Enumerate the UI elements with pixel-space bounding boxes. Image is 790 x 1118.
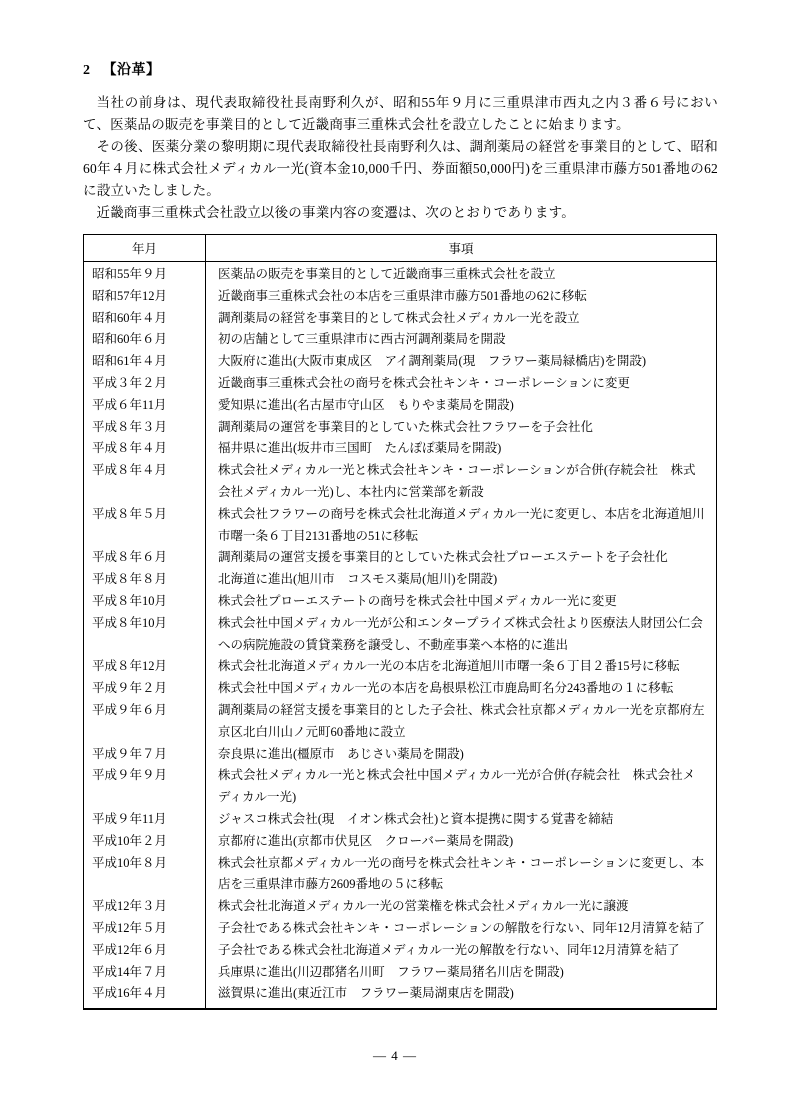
table-row: 平成12年３月株式会社北海道メディカル一光の営業権を株式会社メディカル一光に譲渡 [84, 896, 717, 918]
row-date: 平成８年８月 [84, 569, 206, 591]
row-date: 平成８年10月 [84, 591, 206, 613]
row-item: 株式会社北海道メディカル一光の本店を北海道旭川市曙一条６丁目２番15号に移転 [206, 656, 717, 678]
row-item: 株式会社中国メディカル一光が公和エンタープライズ株式会社より医療法人財団公仁会へ… [206, 613, 717, 657]
table-row: 平成９年11月ジャスコ株式会社(現 イオン株式会社)と資本提携に関する覚書を締結 [84, 809, 717, 831]
row-item: 大阪府に進出(大阪市東成区 アイ調剤薬局(現 フラワー薬局緑橋店)を開設) [206, 351, 717, 373]
row-item: 株式会社北海道メディカル一光の営業権を株式会社メディカル一光に譲渡 [206, 896, 717, 918]
row-date: 平成９年９月 [84, 765, 206, 809]
page-number: ― 4 ― [373, 1048, 417, 1063]
row-item: 京都府に進出(京都市伏見区 クローバー薬局を開設) [206, 831, 717, 853]
row-date: 昭和60年４月 [84, 308, 206, 330]
row-item: 子会社である株式会社キンキ・コーポレーションの解散を行ない、同年12月清算を結了 [206, 918, 717, 940]
row-item: 近畿商事三重株式会社の本店を三重県津市藤方501番地の62に移転 [206, 286, 717, 308]
table-row: 平成９年２月株式会社中国メディカル一光の本店を島根県松江市鹿島町名分243番地の… [84, 678, 717, 700]
table-row: 平成16年４月滋賀県に進出(東近江市 フラワー薬局湖東店を開設) [84, 983, 717, 1009]
row-item: 北海道に進出(旭川市 コスモス薬局(旭川)を開設) [206, 569, 717, 591]
header-row: 年月 事項 [84, 235, 717, 262]
table-row: 平成９年７月奈良県に進出(橿原市 あじさい薬局を開設) [84, 744, 717, 766]
table-row: 平成８年４月株式会社メディカル一光と株式会社キンキ・コーポレーションが合併(存続… [84, 460, 717, 504]
table-row: 昭和60年６月初の店舗として三重県津市に西古河調剤薬局を開設 [84, 329, 717, 351]
row-date: 昭和61年４月 [84, 351, 206, 373]
row-item: 調剤薬局の運営を事業目的としていた株式会社フラワーを子会社化 [206, 417, 717, 439]
row-item: 近畿商事三重株式会社の商号を株式会社キンキ・コーポレーションに変更 [206, 373, 717, 395]
table-row: 平成３年２月近畿商事三重株式会社の商号を株式会社キンキ・コーポレーションに変更 [84, 373, 717, 395]
section-number: 2 [83, 63, 91, 78]
row-date: 昭和55年９月 [84, 262, 206, 286]
row-item: 福井県に進出(坂井市三国町 たんぽぽ薬局を開設) [206, 438, 717, 460]
table-row: 昭和57年12月近畿商事三重株式会社の本店を三重県津市藤方501番地の62に移転 [84, 286, 717, 308]
history-table-body: 昭和55年９月医薬品の販売を事業目的として近畿商事三重株式会社を設立昭和57年1… [84, 262, 717, 1010]
row-item: 調剤薬局の経営を事業目的として株式会社メディカル一光を設立 [206, 308, 717, 330]
row-date: 平成９年２月 [84, 678, 206, 700]
row-date: 平成９年７月 [84, 744, 206, 766]
table-row: 平成８年10月株式会社中国メディカル一光が公和エンタープライズ株式会社より医療法… [84, 613, 717, 657]
table-row: 平成９年９月株式会社メディカル一光と株式会社中国メディカル一光が合併(存続会社 … [84, 765, 717, 809]
document-page: 2【沿革】 当社の前身は、現代表取締役社長南野利久が、昭和55年９月に三重県津市… [83, 60, 718, 1010]
table-row: 平成12年６月子会社である株式会社北海道メディカル一光の解散を行ない、同年12月… [84, 940, 717, 962]
row-item: 株式会社京都メディカル一光の商号を株式会社キンキ・コーポレーションに変更し、本店… [206, 853, 717, 897]
history-table: 年月 事項 昭和55年９月医薬品の販売を事業目的として近畿商事三重株式会社を設立… [83, 234, 717, 1010]
row-item: 株式会社フラワーの商号を株式会社北海道メディカル一光に変更し、本店を北海道旭川市… [206, 504, 717, 548]
table-row: 昭和61年４月大阪府に進出(大阪市東成区 アイ調剤薬局(現 フラワー薬局緑橋店)… [84, 351, 717, 373]
row-date: 平成８年10月 [84, 613, 206, 657]
row-date: 昭和60年６月 [84, 329, 206, 351]
table-row: 平成14年７月兵庫県に進出(川辺郡猪名川町 フラワー薬局猪名川店を開設) [84, 962, 717, 984]
table-row: 平成８年８月北海道に進出(旭川市 コスモス薬局(旭川)を開設) [84, 569, 717, 591]
row-date: 平成９年６月 [84, 700, 206, 744]
row-date: 平成16年４月 [84, 983, 206, 1009]
row-date: 昭和57年12月 [84, 286, 206, 308]
table-row: 平成８年５月株式会社フラワーの商号を株式会社北海道メディカル一光に変更し、本店を… [84, 504, 717, 548]
row-item: 調剤薬局の経営支援を事業目的とした子会社、株式会社京都メディカル一光を京都府左京… [206, 700, 717, 744]
table-row: 平成６年11月愛知県に進出(名古屋市守山区 もりやま薬局を開設) [84, 395, 717, 417]
row-date: 平成14年７月 [84, 962, 206, 984]
row-date: 平成８年６月 [84, 547, 206, 569]
intro-paragraph: 近畿商事三重株式会社設立以後の事業内容の変遷は、次のとおりであります。 [83, 202, 718, 224]
row-date: 平成12年５月 [84, 918, 206, 940]
table-row: 平成９年６月調剤薬局の経営支援を事業目的とした子会社、株式会社京都メディカル一光… [84, 700, 717, 744]
row-date: 平成10年８月 [84, 853, 206, 897]
table-row: 平成８年12月株式会社北海道メディカル一光の本店を北海道旭川市曙一条６丁目２番1… [84, 656, 717, 678]
table-row: 平成12年５月子会社である株式会社キンキ・コーポレーションの解散を行ない、同年1… [84, 918, 717, 940]
column-header-date: 年月 [84, 235, 206, 262]
row-item: 株式会社メディカル一光と株式会社中国メディカル一光が合併(存続会社 株式会社メデ… [206, 765, 717, 809]
table-row: 昭和60年４月調剤薬局の経営を事業目的として株式会社メディカル一光を設立 [84, 308, 717, 330]
section-title: 【沿革】 [103, 63, 161, 78]
row-date: 平成３年２月 [84, 373, 206, 395]
row-date: 平成12年６月 [84, 940, 206, 962]
row-date: 平成８年４月 [84, 460, 206, 504]
table-row: 平成８年６月調剤薬局の運営支援を事業目的としていた株式会社プローエステートを子会… [84, 547, 717, 569]
row-item: ジャスコ株式会社(現 イオン株式会社)と資本提携に関する覚書を締結 [206, 809, 717, 831]
row-date: 平成８年５月 [84, 504, 206, 548]
intro-paragraph: その後、医薬分業の黎明期に現代表取締役社長南野利久は、調剤薬局の経営を事業目的と… [83, 136, 718, 202]
row-item: 調剤薬局の運営支援を事業目的としていた株式会社プローエステートを子会社化 [206, 547, 717, 569]
row-date: 平成８年４月 [84, 438, 206, 460]
table-row: 昭和55年９月医薬品の販売を事業目的として近畿商事三重株式会社を設立 [84, 262, 717, 286]
row-item: 株式会社プローエステートの商号を株式会社中国メディカル一光に変更 [206, 591, 717, 613]
row-date: 平成12年３月 [84, 896, 206, 918]
row-item: 兵庫県に進出(川辺郡猪名川町 フラワー薬局猪名川店を開設) [206, 962, 717, 984]
row-date: 平成６年11月 [84, 395, 206, 417]
row-date: 平成９年11月 [84, 809, 206, 831]
row-date: 平成10年２月 [84, 831, 206, 853]
page-footer: ― 4 ― [0, 1048, 790, 1064]
intro-paragraph: 当社の前身は、現代表取締役社長南野利久が、昭和55年９月に三重県津市西丸之内３番… [83, 92, 718, 136]
row-item: 子会社である株式会社北海道メディカル一光の解散を行ない、同年12月清算を結了 [206, 940, 717, 962]
row-item: 株式会社メディカル一光と株式会社キンキ・コーポレーションが合併(存続会社 株式会… [206, 460, 717, 504]
table-row: 平成８年10月株式会社プローエステートの商号を株式会社中国メディカル一光に変更 [84, 591, 717, 613]
history-table-header: 年月 事項 [84, 235, 717, 262]
row-item: 奈良県に進出(橿原市 あじさい薬局を開設) [206, 744, 717, 766]
table-row: 平成10年８月株式会社京都メディカル一光の商号を株式会社キンキ・コーポレーション… [84, 853, 717, 897]
column-header-item: 事項 [206, 235, 717, 262]
row-item: 医薬品の販売を事業目的として近畿商事三重株式会社を設立 [206, 262, 717, 286]
row-item: 滋賀県に進出(東近江市 フラワー薬局湖東店を開設) [206, 983, 717, 1009]
row-item: 愛知県に進出(名古屋市守山区 もりやま薬局を開設) [206, 395, 717, 417]
row-item: 株式会社中国メディカル一光の本店を島根県松江市鹿島町名分243番地の１に移転 [206, 678, 717, 700]
row-date: 平成８年12月 [84, 656, 206, 678]
table-row: 平成８年４月福井県に進出(坂井市三国町 たんぽぽ薬局を開設) [84, 438, 717, 460]
intro-paragraphs: 当社の前身は、現代表取締役社長南野利久が、昭和55年９月に三重県津市西丸之内３番… [83, 92, 718, 224]
row-item: 初の店舗として三重県津市に西古河調剤薬局を開設 [206, 329, 717, 351]
section-heading: 2【沿革】 [83, 60, 718, 82]
table-row: 平成８年３月調剤薬局の運営を事業目的としていた株式会社フラワーを子会社化 [84, 417, 717, 439]
row-date: 平成８年３月 [84, 417, 206, 439]
table-row: 平成10年２月京都府に進出(京都市伏見区 クローバー薬局を開設) [84, 831, 717, 853]
